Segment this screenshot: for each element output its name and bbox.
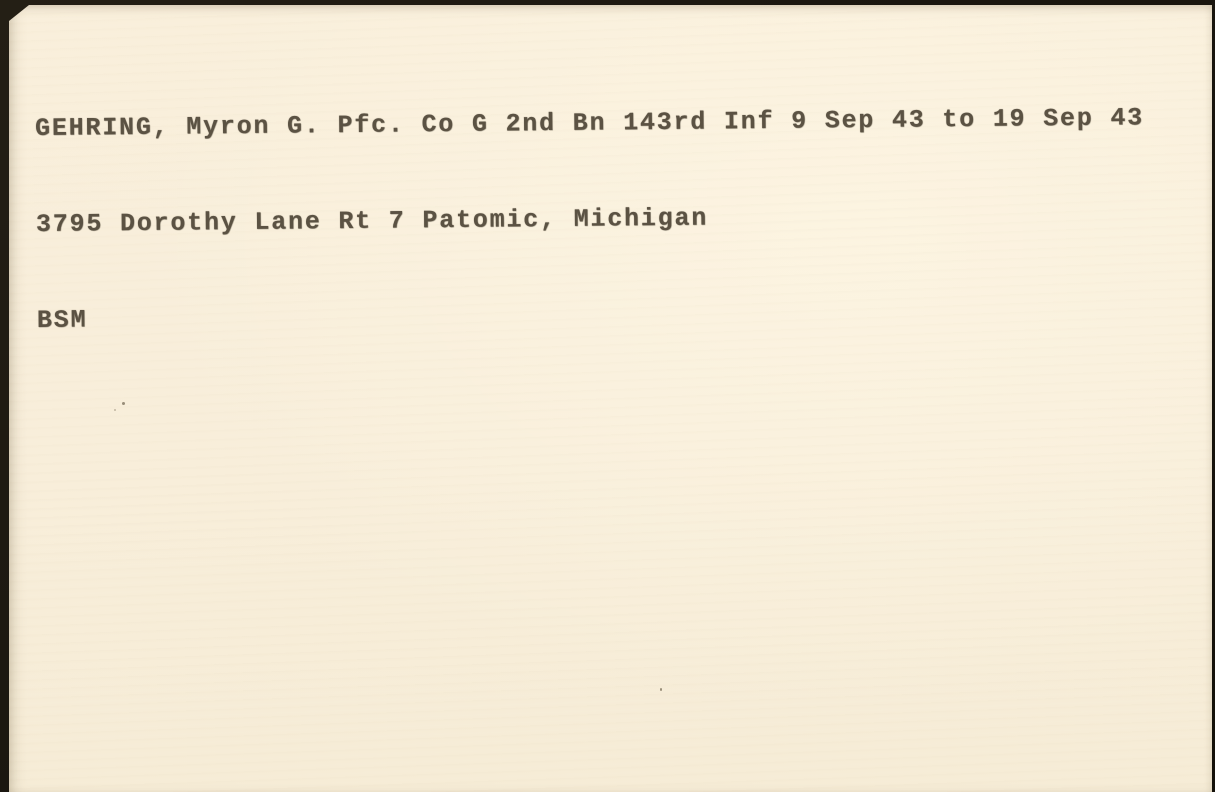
- index-card: GEHRING, Myron G. Pfc. Co G 2nd Bn 143rd…: [9, 5, 1212, 792]
- record-line-name-unit-dates: GEHRING, Myron G. Pfc. Co G 2nd Bn 143rd…: [35, 102, 1144, 145]
- scanner-background: GEHRING, Myron G. Pfc. Co G 2nd Bn 143rd…: [0, 0, 1215, 792]
- record-line-address: 3795 Dorothy Lane Rt 7 Patomic, Michigan: [36, 198, 1145, 241]
- typed-text-block: GEHRING, Myron G. Pfc. Co G 2nd Bn 143rd…: [34, 38, 1146, 401]
- record-line-award: BSM: [37, 294, 1146, 337]
- paper-speck: [122, 402, 125, 405]
- paper-speck: [660, 688, 662, 691]
- paper-speck: [114, 409, 116, 411]
